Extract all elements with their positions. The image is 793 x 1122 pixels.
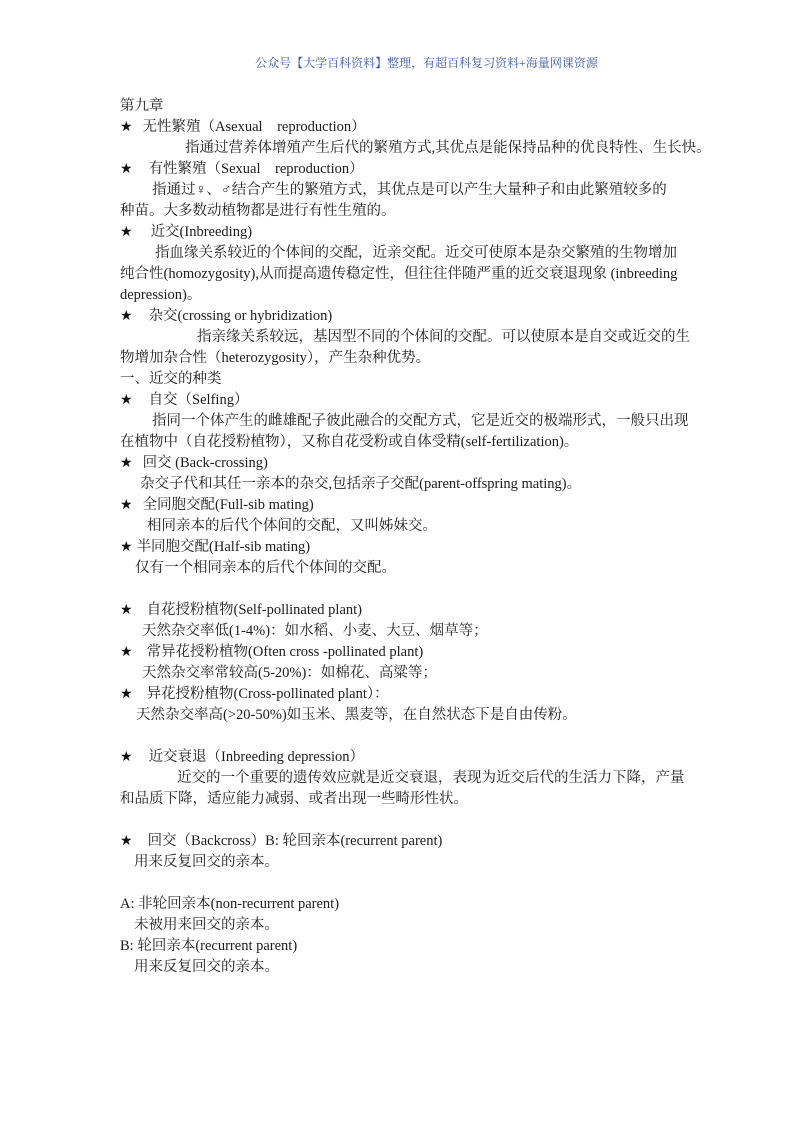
line-text: 天然杂交率常较高(5-20%)：如棉花、高粱等；	[142, 663, 437, 684]
starred-term-line: ★异花授粉植物(Cross-pollinated plant）：	[120, 684, 733, 705]
blank-line	[120, 579, 733, 600]
text-line: 一、近交的种类	[120, 369, 733, 390]
text-line: 第九章	[120, 96, 733, 117]
text-line: 近交的一个重要的遗传效应就是近交衰退，表现为近交后代的生活力下降，产量	[120, 768, 733, 789]
text-line: 天然杂交率高(>20-50%)如玉米、黑麦等，在自然状态下是自由传粉。	[120, 705, 733, 726]
text-line: B: 轮回亲本(recurrent parent)	[120, 936, 733, 957]
starred-term-line: ★自花授粉植物(Self-pollinated plant)	[120, 600, 733, 621]
blank-line	[120, 726, 733, 747]
line-text: 在植物中（自花授粉植物），又称自花受粉或自体受精(self-fertilizat…	[120, 432, 578, 453]
text-line: 仅有一个相同亲本的后代个体间的交配。	[120, 558, 733, 579]
star-bullet-icon: ★	[120, 831, 133, 852]
line-text: 指血缘关系较近的个体间的交配，近亲交配。近交可使原本是杂交繁殖的生物增加	[155, 243, 677, 264]
line-text: 杂交子代和其任一亲本的杂交,包括亲子交配(parent-offspring ma…	[140, 474, 581, 495]
starred-term-line: ★近交衰退（Inbreeding depression）	[120, 747, 733, 768]
line-text: 近交的一个重要的遗传效应就是近交衰退，表现为近交后代的生活力下降，产量	[177, 768, 685, 789]
text-line: 指亲缘关系较远，基因型不同的个体间的交配。可以使原本是自交或近交的生	[120, 327, 733, 348]
line-text: 相同亲本的后代个体间的交配，又叫姊妹交。	[147, 516, 437, 537]
star-bullet-icon: ★	[120, 684, 133, 705]
line-text: 种苗。大多数动植物都是进行有性生殖的。	[120, 201, 396, 222]
line-text: B: 轮回亲本(recurrent parent)	[120, 936, 297, 957]
starred-term-line: ★自交（Selfing）	[120, 390, 733, 411]
text-line: 指通过营养体增殖产生后代的繁殖方式,其优点是能保持品种的优良特性、生长快。	[120, 138, 733, 159]
blank-line	[120, 810, 733, 831]
line-text: 半同胞交配(Half-sib mating)	[137, 537, 311, 558]
star-bullet-icon: ★	[120, 390, 133, 411]
line-text: 一、近交的种类	[120, 369, 222, 390]
line-text: 用来反复回交的亲本。	[134, 957, 279, 978]
text-line: 在植物中（自花授粉植物），又称自花受粉或自体受精(self-fertilizat…	[120, 432, 733, 453]
line-text: 回交 (Back-crossing)	[143, 453, 268, 474]
blank-line	[120, 873, 733, 894]
star-bullet-icon: ★	[120, 117, 133, 138]
line-text: 异花授粉植物(Cross-pollinated plant）：	[147, 684, 389, 705]
line-text: 全同胞交配(Full-sib mating)	[143, 495, 314, 516]
text-line: 未被用来回交的亲本。	[120, 915, 733, 936]
text-line: 纯合性(homozygosity),从而提高遗传稳定性，但往往伴随严重的近交衰退…	[120, 264, 733, 285]
text-line: A: 非轮回亲本(non-recurrent parent)	[120, 894, 733, 915]
star-bullet-icon: ★	[120, 642, 133, 663]
line-text: 和品质下降，适应能力减弱、或者出现一些畸形性状。	[120, 789, 468, 810]
star-bullet-icon: ★	[120, 453, 133, 474]
line-text: 天然杂交率高(>20-50%)如玉米、黑麦等，在自然状态下是自由传粉。	[136, 705, 577, 726]
text-line: 指通过♀、♂结合产生的繁殖方式，其优点是可以产生大量种子和由此繁殖较多的	[120, 180, 733, 201]
line-text: 常异花授粉植物(Often cross -pollinated plant)	[147, 642, 424, 663]
line-text: 近交(Inbreeding)	[151, 222, 252, 243]
star-bullet-icon: ★	[120, 306, 133, 327]
star-bullet-icon: ★	[120, 537, 133, 558]
line-text: 有性繁殖（Sexual reproduction）	[149, 159, 364, 180]
text-line: 相同亲本的后代个体间的交配，又叫姊妹交。	[120, 516, 733, 537]
starred-term-line: ★半同胞交配(Half-sib mating)	[120, 537, 733, 558]
starred-term-line: ★近交(Inbreeding)	[120, 222, 733, 243]
line-text: 天然杂交率低(1-4%)：如水稻、小麦、大豆、烟草等；	[142, 621, 488, 642]
text-line: 用来反复回交的亲本。	[120, 957, 733, 978]
line-text: 指通过♀、♂结合产生的繁殖方式，其优点是可以产生大量种子和由此繁殖较多的	[152, 180, 667, 201]
line-text: 自花授粉植物(Self-pollinated plant)	[147, 600, 362, 621]
text-line: 杂交子代和其任一亲本的杂交,包括亲子交配(parent-offspring ma…	[120, 474, 733, 495]
line-text: 指通过营养体增殖产生后代的繁殖方式,其优点是能保持品种的优良特性、生长快。	[185, 138, 711, 159]
text-line: 指同一个体产生的雌雄配子彼此融合的交配方式，它是近交的极端形式，一般只出现	[120, 411, 733, 432]
starred-term-line: ★有性繁殖（Sexual reproduction）	[120, 159, 733, 180]
line-text: 仅有一个相同亲本的后代个体间的交配。	[135, 558, 396, 579]
text-line: 天然杂交率低(1-4%)：如水稻、小麦、大豆、烟草等；	[120, 621, 733, 642]
text-line: 物增加杂合性（heterozygosity），产生杂种优势。	[120, 348, 733, 369]
line-text: 用来反复回交的亲本。	[134, 852, 279, 873]
line-text: 第九章	[120, 96, 164, 117]
text-line: 种苗。大多数动植物都是进行有性生殖的。	[120, 201, 733, 222]
line-text: 指同一个体产生的雌雄配子彼此融合的交配方式，它是近交的极端形式，一般只出现	[152, 411, 689, 432]
starred-term-line: ★全同胞交配(Full-sib mating)	[120, 495, 733, 516]
doc-header-note: 公众号【大学百科资料】整理，有超百科复习资料+海量网课资源	[120, 54, 733, 71]
line-text: A: 非轮回亲本(non-recurrent parent)	[120, 894, 339, 915]
star-bullet-icon: ★	[120, 159, 133, 180]
line-text: 未被用来回交的亲本。	[134, 915, 279, 936]
line-text: depression)。	[120, 285, 201, 306]
starred-term-line: ★常异花授粉植物(Often cross -pollinated plant)	[120, 642, 733, 663]
text-line: 指血缘关系较近的个体间的交配，近亲交配。近交可使原本是杂交繁殖的生物增加	[120, 243, 733, 264]
line-text: 回交（Backcross）B: 轮回亲本(recurrent parent)	[148, 831, 443, 852]
line-text: 自交（Selfing）	[149, 390, 249, 411]
star-bullet-icon: ★	[120, 495, 133, 516]
doc-body: 第九章★无性繁殖（Asexual reproduction）指通过营养体增殖产生…	[120, 96, 733, 978]
text-line: 天然杂交率常较高(5-20%)：如棉花、高粱等；	[120, 663, 733, 684]
text-line: depression)。	[120, 285, 733, 306]
starred-term-line: ★杂交(crossing or hybridization)	[120, 306, 733, 327]
starred-term-line: ★回交 (Back-crossing)	[120, 453, 733, 474]
star-bullet-icon: ★	[120, 747, 133, 768]
line-text: 近交衰退（Inbreeding depression）	[149, 747, 364, 768]
star-bullet-icon: ★	[120, 600, 133, 621]
text-line: 用来反复回交的亲本。	[120, 852, 733, 873]
line-text: 无性繁殖（Asexual reproduction）	[143, 117, 366, 138]
text-line: 和品质下降，适应能力减弱、或者出现一些畸形性状。	[120, 789, 733, 810]
line-text: 纯合性(homozygosity),从而提高遗传稳定性，但往往伴随严重的近交衰退…	[120, 264, 677, 285]
star-bullet-icon: ★	[120, 222, 133, 243]
starred-term-line: ★无性繁殖（Asexual reproduction）	[120, 117, 733, 138]
line-text: 物增加杂合性（heterozygosity），产生杂种优势。	[120, 348, 430, 369]
line-text: 指亲缘关系较远，基因型不同的个体间的交配。可以使原本是自交或近交的生	[197, 327, 690, 348]
document-page: 公众号【大学百科资料】整理，有超百科复习资料+海量网课资源 第九章★无性繁殖（A…	[0, 0, 793, 1122]
line-text: 杂交(crossing or hybridization)	[149, 306, 333, 327]
starred-term-line: ★回交（Backcross）B: 轮回亲本(recurrent parent)	[120, 831, 733, 852]
